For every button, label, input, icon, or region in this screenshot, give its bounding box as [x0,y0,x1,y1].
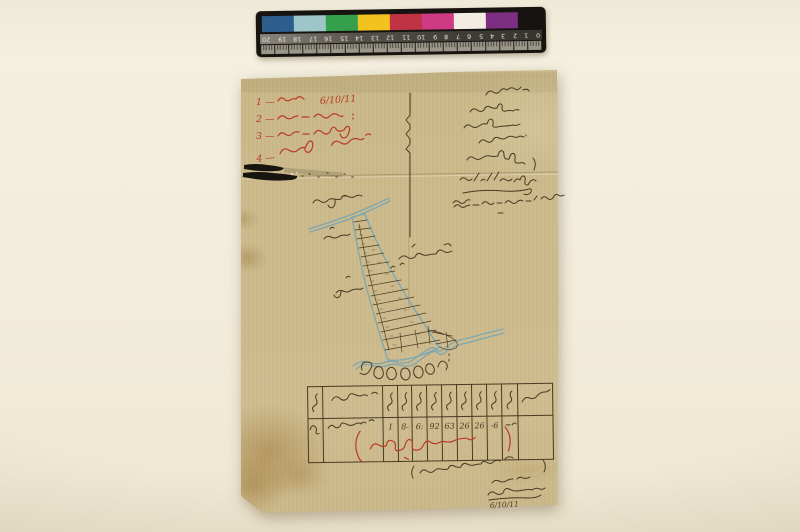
map-label-left-1 [324,227,350,239]
ruler-number: 4 [490,32,494,39]
map-label-right-small [453,200,470,204]
color-calibration-ruler: 20 19 18 17 16 15 14 13 12 11 10 9 8 7 6… [256,7,547,58]
red-list-word-2 [278,114,353,119]
archival-photo: 1 — 6/10/11 2 — 3 — 4 — [0,0,800,532]
handwriting-line-5 [467,151,535,170]
handwriting-line-4 [479,135,526,143]
red-list-word-3 [278,126,350,138]
ruler-number: 9 [433,33,437,40]
ruler-number: 16 [324,35,332,42]
signature-date: 6/10/11 [490,499,519,510]
red-open-paren [356,431,363,462]
ruler-number: 18 [293,35,301,42]
red-list-number-4: 4 — [255,152,276,165]
ruler-number: 15 [340,35,348,42]
top-right-handwriting [454,87,564,213]
signature-line-1 [492,477,530,483]
table-header-last-col [521,389,551,401]
map-stream-lines [353,329,504,369]
handwriting-line-6 [460,172,536,185]
ruler-number: 6 [467,33,471,40]
ruler-number: 12 [386,34,394,41]
red-list-number-2: 2 — [255,114,275,125]
ruler-color-patches [262,12,518,32]
table-cell-1-script [310,426,319,434]
table-value: 63 [444,422,454,431]
color-patch-white [454,13,486,30]
table-header-name-col [332,392,378,400]
table-value: I [388,423,393,432]
map-label-left-2 [334,276,363,298]
table-value: 8- [401,422,409,431]
ruler-number: 20 [262,36,270,43]
color-patch-red [390,14,422,31]
table-value: 92 [429,422,439,431]
map-parcel-wedge-outline [352,214,440,360]
signature-name [488,488,545,500]
handwriting-line-3 [464,119,520,128]
table-rotated-headers [311,389,551,411]
table-value: 6: [416,422,424,431]
table-cell-2-script [328,420,374,429]
ruler-number: 10 [417,33,425,40]
ruler-number: 7 [456,33,460,40]
red-list-word-4 [279,134,372,155]
ruler-number: 13 [371,34,379,41]
handwriting-line-2 [470,104,519,112]
ruler-number: 11 [402,34,410,41]
ruler-number: 1 [524,32,528,39]
table-value: -6 [491,421,499,430]
ruler-number: 5 [479,32,483,39]
red-list-date-1: 6/10/11 [319,93,356,107]
handwriting-line-8 [454,194,564,213]
color-patch-cyan [294,15,326,32]
map-parcel-subdivisions [354,220,457,352]
signature-block: 6/10/11 [488,477,545,510]
ruler-number: 0 [536,32,540,39]
red-list-number-1: 1 — [256,97,275,108]
ruler-number: 3 [501,32,505,39]
ruler-number: 2 [513,32,517,39]
map-label-right [399,244,452,259]
red-list-word-1 [278,97,304,101]
red-script [370,437,475,459]
red-annotation-list: 1 — 6/10/11 2 — 3 — 4 — [254,93,372,164]
color-patch-purple [486,12,518,29]
ruler-number: 19 [278,36,286,43]
map-flourish-script [360,354,449,380]
red-close-paren [505,427,510,451]
ruler-number: 14 [355,34,363,41]
document-ink-layer: 1 — 6/10/11 2 — 3 — 4 — [0,0,800,532]
ruler-frame: 20 19 18 17 16 15 14 13 12 11 10 9 8 7 6… [256,7,547,58]
map-label-top [313,195,362,208]
color-patch-blue [262,16,294,33]
color-patch-yellow [358,14,390,31]
table-cell-11-mark [506,423,516,425]
handwriting-line-1 [486,87,529,95]
ruler-number: 17 [309,35,317,42]
cadastral-map [309,195,504,380]
survey-table: I 8- 6: 92 63 26 26 -6 [308,383,554,462]
color-patch-magenta [422,13,454,30]
ruler-number: 8 [444,33,448,40]
map-road-lines [309,198,390,232]
table-value: 26 [458,421,469,430]
map-labels [313,195,470,298]
red-list-number-3: 3 — [256,131,275,142]
color-patch-green [326,15,358,32]
table-value: 26 [473,421,484,430]
map-marks-mid [391,263,404,268]
table-data-row: I 8- 6: 92 63 26 26 -6 [310,418,516,434]
handwriting-dash-line [463,189,531,195]
